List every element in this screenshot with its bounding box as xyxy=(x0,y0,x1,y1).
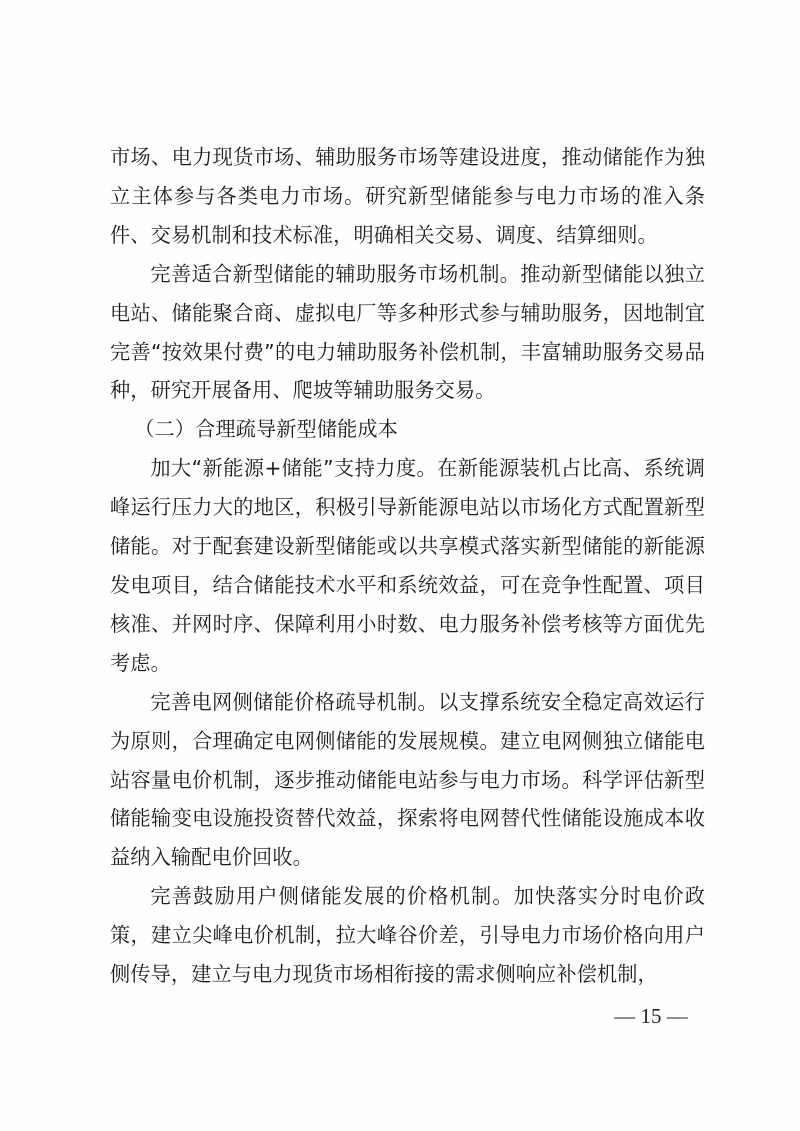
document-page: 市场、电力现货市场、辅助服务市场等建设进度，推动储能作为独立主体参与各类电力市场… xyxy=(0,0,800,1131)
paragraph-renewable-plus-storage: 加大“新能源+储能”支持力度。在新能源装机占比高、系统调峰运行压力大的地区，积极… xyxy=(110,449,705,682)
paragraph-grid-side-pricing: 完善电网侧储能价格疏导机制。以支撑系统安全稳定高效运行为原则，合理确定电网侧储能… xyxy=(110,683,705,878)
paragraph-ancillary-services: 完善适合新型储能的辅助服务市场机制。推动新型储能以独立电站、储能聚合商、虚拟电厂… xyxy=(110,255,705,411)
page-number: — 15 — xyxy=(596,1004,706,1029)
paragraph-market-participation: 市场、电力现货市场、辅助服务市场等建设进度，推动储能作为独立主体参与各类电力市场… xyxy=(110,138,705,255)
document-body: 市场、电力现货市场、辅助服务市场等建设进度，推动储能作为独立主体参与各类电力市场… xyxy=(110,138,705,994)
section-heading-cost-recovery: （二）合理疏导新型储能成本 xyxy=(110,410,705,449)
paragraph-user-side-pricing: 完善鼓励用户侧储能发展的价格机制。加快落实分时电价政策，建立尖峰电价机制，拉大峰… xyxy=(110,877,705,994)
